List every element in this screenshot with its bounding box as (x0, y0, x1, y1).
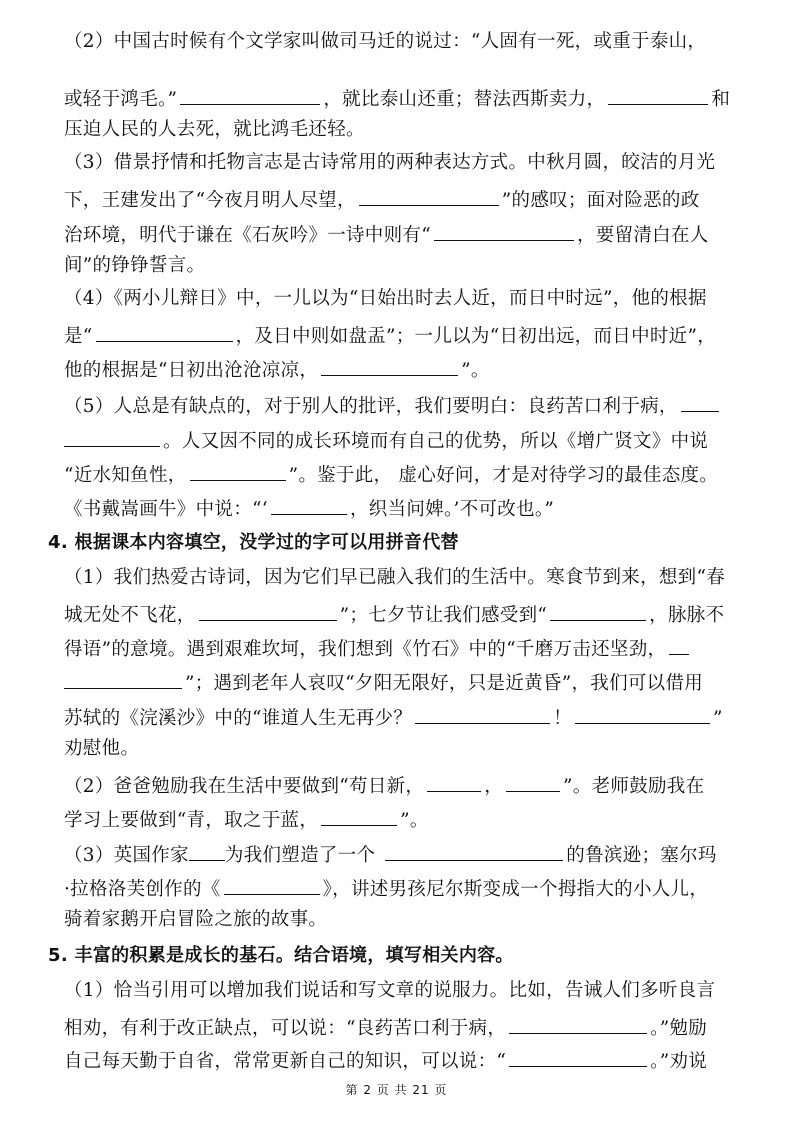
text: 。人又因不同的成长环境而有自己的优势，所以《增广贤文》中说 (163, 431, 708, 452)
q5-item1-line1: （1）恰当引用可以增加我们说话和写文章的说服力。比如，告诫人们多听良言 (64, 979, 746, 1003)
text: “近水知鱼性， (64, 465, 187, 486)
q3-item4-line2: 是“，及日中则如盘盂”；一儿以为“日初出远，而日中时近”， (64, 321, 746, 349)
answer-blank[interactable] (64, 426, 160, 447)
answer-blank[interactable] (64, 668, 182, 689)
text: 或轻于鸿毛。” (64, 89, 177, 110)
text: 他的根据是“日初出沧沧凉凉， (64, 360, 318, 381)
text: ，就比泰山还重；替法西斯卖力， (323, 89, 605, 110)
answer-blank[interactable] (575, 703, 710, 724)
q3-item3-line3: 治环境，明代于谦在《石灰吟》一诗中则有“，要留清白在人 (64, 220, 746, 248)
text: ，要留清白在人 (577, 225, 709, 246)
text: ” (713, 708, 723, 729)
text: ”。老师鼓励我在 (563, 776, 704, 797)
question-4-heading: 4. 根据课本内容填空，没学过的字可以用拼音代替 (48, 531, 730, 555)
document-page: （2）中国古时候有个文学家叫做司马迁的说过：“人固有一死，或重于泰山， 或轻于鸿… (0, 0, 793, 1122)
q4-item1-line4: ”；遇到老年人哀叹“夕阳无限好，只是近黄昏”，我们可以借用 (64, 668, 746, 696)
text: ，脉脉不 (649, 605, 724, 626)
answer-blank[interactable] (506, 771, 560, 792)
text: 。”劝说 (650, 1051, 707, 1072)
text: 得语”的意境。遇到艰难坎坷，我们想到《竹石》中的“千磨万击还坚劲， (64, 639, 666, 660)
q3-item5-line3: “近水知鱼性，”。鉴于此， 虚心好问，才是对待学习的最佳态度。 (64, 460, 746, 488)
text: 相劝，有利于改正缺点，可以说：“良药苦口利于病， (64, 1018, 506, 1039)
text: 和 (711, 89, 730, 110)
answer-blank[interactable] (669, 634, 689, 655)
answer-blank[interactable] (199, 600, 337, 621)
text: （2）爸爸勉励我在生活中要做到“苟日新， (64, 776, 424, 797)
text: 自己每天勤于自省，常常更新自己的知识，可以说：“ (64, 1051, 506, 1072)
text: 苏轼的《浣溪沙》中的“谁道人生无再少？ (64, 708, 412, 729)
answer-blank[interactable] (550, 600, 646, 621)
answer-blank[interactable] (608, 84, 708, 105)
text: ·拉格洛芙创作的《 (64, 879, 221, 900)
text: ，织当问婢。’不可改也。” (350, 499, 554, 520)
answer-blank[interactable] (427, 771, 481, 792)
text: 治环境，明代于谦在《石灰吟》一诗中则有“ (64, 225, 431, 246)
answer-blank[interactable] (359, 185, 499, 206)
q4-item3-line2: ·拉格洛芙创作的《》，讲述男孩尼尔斯变成一个拇指大的小人儿， (64, 874, 746, 902)
answer-blank[interactable] (271, 494, 347, 515)
q3-item5-line2: 。人又因不同的成长环境而有自己的优势，所以《增广贤文》中说 (64, 426, 746, 454)
answer-blank[interactable] (189, 840, 225, 861)
q3-item3-line2: 下，王建发出了“今夜月明人尽望，”的感叹；面对险恶的政 (64, 185, 746, 213)
q3-item2-line1: （2）中国古时候有个文学家叫做司马迁的说过：“人固有一死，或重于泰山， (64, 30, 746, 54)
answer-blank[interactable] (180, 84, 320, 105)
page-number-footer: 第 2 页 共 21 页 (0, 1081, 793, 1098)
text: ，及日中则如盘盂”；一儿以为“日初出远，而日中时近”， (236, 326, 716, 347)
q4-item1-line2: 城无处不飞花，”；七夕节让我们感受到“，脉脉不 (64, 600, 746, 628)
text: 。”勉励 (650, 1018, 707, 1039)
text: ”。 (400, 810, 429, 831)
question-5-heading: 5. 丰富的积累是成长的基石。结合语境，填写相关内容。 (48, 944, 730, 968)
answer-blank[interactable] (190, 460, 286, 481)
q4-item1-line3: 得语”的意境。遇到艰难坎坷，我们想到《竹石》中的“千磨万击还坚劲， (64, 634, 746, 662)
text: ”的感叹；面对险恶的政 (502, 190, 700, 211)
answer-blank[interactable] (415, 703, 550, 724)
text: ， (484, 776, 503, 797)
text: 》，讲述男孩尼尔斯变成一个拇指大的小人儿， (323, 879, 709, 900)
q3-item4-line3: 他的根据是“日初出沧沧凉凉，”。 (64, 355, 746, 383)
q3-item3-line1: （3）借景抒情和托物言志是古诗常用的两种表达方式。中秋月圆，皎洁的月光 (64, 151, 746, 175)
q3-item5-line4: 《书戴嵩画牛》中说：“‘，织当问婢。’不可改也。” (64, 494, 746, 522)
q5-item1-line3: 自己每天勤于自省，常常更新自己的知识，可以说：“。”劝说 (64, 1046, 746, 1074)
q3-item3-line4: 间”的铮铮誓言。 (64, 254, 746, 278)
answer-blank[interactable] (385, 840, 563, 861)
text: 学习上要做到“青，取之于蓝， (64, 810, 318, 831)
q3-item2-line3: 压迫人民的人去死，就比鸿毛还轻。 (64, 118, 746, 142)
text: ！ (553, 708, 572, 729)
q3-item4-line1: （4）《两小儿辩日》中，一儿以为“日始出时去人近，而日中时远”，他的根据 (64, 287, 746, 311)
text: （5）人总是有缺点的，对于别人的批评，我们要明白：良药苦口利于病， (64, 396, 678, 417)
text: 的鲁滨逊；塞尔玛 (566, 845, 716, 866)
answer-blank[interactable] (96, 321, 233, 342)
text: 为我们塑造了一个 (225, 845, 375, 866)
q5-item1-line2: 相劝，有利于改正缺点，可以说：“良药苦口利于病，。”勉励 (64, 1013, 746, 1041)
text: 下，王建发出了“今夜月明人尽望， (64, 190, 356, 211)
q4-item1-line6: 劝慰他。 (64, 737, 746, 761)
text: 《书戴嵩画牛》中说：“‘ (64, 499, 268, 520)
answer-blank[interactable] (434, 220, 574, 241)
answer-blank[interactable] (681, 391, 719, 412)
q4-item2-line1: （2）爸爸勉励我在生活中要做到“苟日新，，”。老师鼓励我在 (64, 771, 746, 799)
answer-blank[interactable] (224, 874, 320, 895)
text: 是“ (64, 326, 93, 347)
text: ”。鉴于此， 虚心好问，才是对待学习的最佳态度。 (289, 465, 719, 486)
q4-item2-line2: 学习上要做到“青，取之于蓝，”。 (64, 805, 746, 833)
q4-item3-line3: 骑着家鹅开启冒险之旅的故事。 (64, 908, 746, 932)
text: ”；遇到老年人哀叹“夕阳无限好，只是近黄昏”，我们可以借用 (185, 673, 703, 694)
q4-item3-line1: （3）英国作家为我们塑造了一个的鲁滨逊；塞尔玛 (64, 840, 746, 868)
answer-blank[interactable] (509, 1046, 647, 1067)
text: （3）英国作家 (64, 845, 189, 866)
q4-item1-line5: 苏轼的《浣溪沙》中的“谁道人生无再少？！” (64, 703, 746, 731)
answer-blank[interactable] (321, 355, 458, 376)
text: ”。 (461, 360, 490, 381)
answer-blank[interactable] (321, 805, 397, 826)
q4-item1-line1: （1）我们热爱古诗词，因为它们早已融入我们的生活中。寒食节到来，想到“春 (64, 566, 746, 590)
answer-blank[interactable] (509, 1013, 647, 1034)
text: 城无处不飞花， (64, 605, 196, 626)
text: ”；七夕节让我们感受到“ (340, 605, 548, 626)
q3-item2-line2: 或轻于鸿毛。”，就比泰山还重；替法西斯卖力，和 (64, 84, 746, 112)
q3-item5-line1: （5）人总是有缺点的，对于别人的批评，我们要明白：良药苦口利于病， (64, 391, 746, 419)
